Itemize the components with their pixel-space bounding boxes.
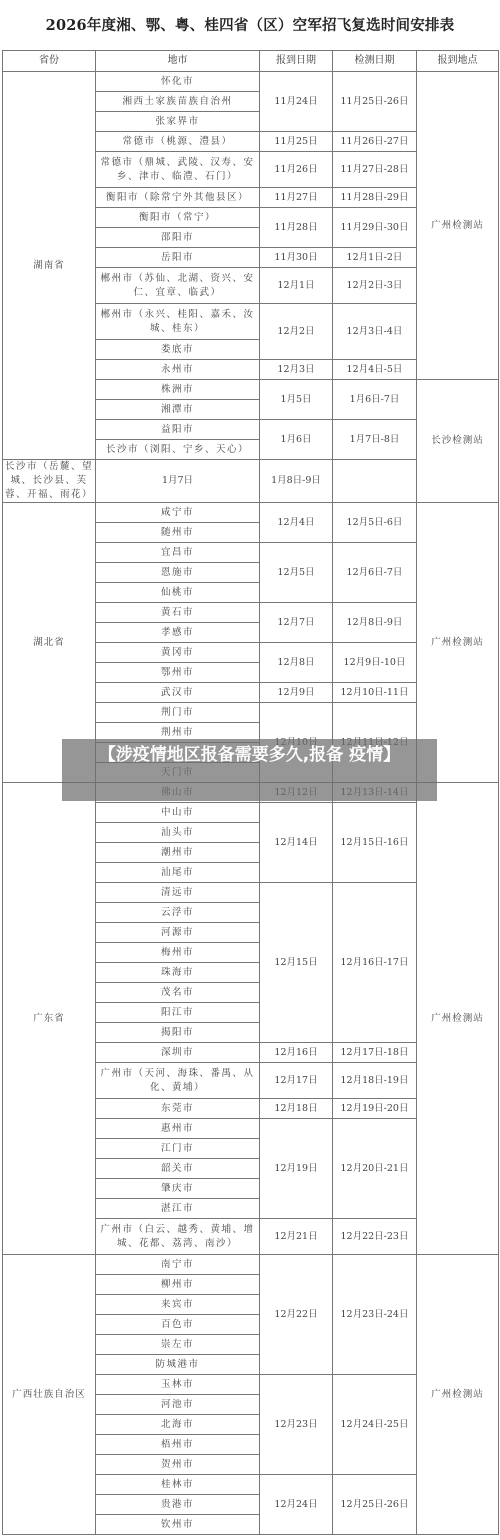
test-date-cell: 12月23日-24日 (333, 1255, 417, 1375)
city-cell: 江门市 (96, 1139, 260, 1159)
report-date-cell: 1月5日 (260, 380, 333, 420)
report-date-cell: 12月5日 (260, 543, 333, 603)
test-date-cell: 12月4日-5日 (333, 360, 417, 380)
test-date-cell: 11月27日-28日 (333, 152, 417, 188)
city-cell: 随州市 (96, 523, 260, 543)
city-cell: 来宾市 (96, 1295, 260, 1315)
test-date-cell: 12月24日-25日 (333, 1375, 417, 1475)
city-cell: 北海市 (96, 1415, 260, 1435)
report-date-cell: 12月23日 (260, 1375, 333, 1475)
test-date-cell: 12月5日-6日 (333, 503, 417, 543)
report-date-cell: 1月6日 (260, 420, 333, 460)
report-date-cell: 12月2日 (260, 304, 333, 360)
city-cell: 荆门市 (96, 703, 260, 723)
test-date-cell: 12月15日-16日 (333, 803, 417, 883)
test-date-cell: 11月29日-30日 (333, 208, 417, 248)
test-date-cell: 12月18日-19日 (333, 1063, 417, 1099)
city-cell: 湘西土家族苗族自治州 (96, 92, 260, 112)
city-cell: 潮州市 (96, 843, 260, 863)
report-date-cell: 12月1日 (260, 268, 333, 304)
test-date-cell: 12月17日-18日 (333, 1043, 417, 1063)
test-date-cell: 1月6日-7日 (333, 380, 417, 420)
city-cell: 揭阳市 (96, 1023, 260, 1043)
city-cell: 梅州市 (96, 943, 260, 963)
report-date-cell: 11月30日 (260, 248, 333, 268)
table-row: 广西壮族自治区 南宁市 12月22日 12月23日-24日 广州检测站 (3, 1255, 499, 1275)
report-date-cell: 12月4日 (260, 503, 333, 543)
header-province: 省份 (3, 51, 96, 72)
city-cell: 桂林市 (96, 1475, 260, 1495)
table-row: 湖北省 咸宁市 12月4日 12月5日-6日 广州检测站 (3, 503, 499, 523)
site-cell: 长沙检测站 (417, 380, 499, 503)
city-cell: 钦州市 (96, 1515, 260, 1535)
city-cell: 鄂州市 (96, 663, 260, 683)
header-report-site: 报到地点 (417, 51, 499, 72)
city-cell: 贺州市 (96, 1455, 260, 1475)
city-cell: 永州市 (96, 360, 260, 380)
city-cell: 株洲市 (96, 380, 260, 400)
city-cell: 崇左市 (96, 1335, 260, 1355)
test-date-cell: 12月3日-4日 (333, 304, 417, 360)
site-cell: 广州检测站 (417, 783, 499, 1255)
site-cell: 广州检测站 (417, 72, 499, 380)
province-cell: 广东省 (3, 783, 96, 1255)
city-cell: 东莞市 (96, 1099, 260, 1119)
report-date-cell: 11月27日 (260, 188, 333, 208)
city-cell: 河池市 (96, 1395, 260, 1415)
city-cell: 仙桃市 (96, 583, 260, 603)
test-date-cell: 12月6日-7日 (333, 543, 417, 603)
city-cell: 肇庆市 (96, 1179, 260, 1199)
city-cell: 韶关市 (96, 1159, 260, 1179)
report-date-cell: 12月24日 (260, 1475, 333, 1535)
city-cell: 湛江市 (96, 1199, 260, 1219)
city-cell: 郴州市（永兴、桂阳、嘉禾、汝城、桂东） (96, 304, 260, 340)
test-date-cell: 12月9日-10日 (333, 643, 417, 683)
header-city: 地市 (96, 51, 260, 72)
city-cell: 汕尾市 (96, 863, 260, 883)
report-date-cell: 12月8日 (260, 643, 333, 683)
site-cell: 广州检测站 (417, 1255, 499, 1535)
report-date-cell: 12月17日 (260, 1063, 333, 1099)
city-cell: 茂名市 (96, 983, 260, 1003)
report-date-cell: 12月3日 (260, 360, 333, 380)
header-report-date: 报到日期 (260, 51, 333, 72)
city-cell: 百色市 (96, 1315, 260, 1335)
city-cell: 益阳市 (96, 420, 260, 440)
city-cell: 咸宁市 (96, 503, 260, 523)
city-cell: 郴州市（苏仙、北湖、资兴、安仁、宜章、临武） (96, 268, 260, 304)
city-cell: 梧州市 (96, 1435, 260, 1455)
page-title: 2026年度湘、鄂、粤、桂四省（区）空军招飞复选时间安排表 (0, 14, 500, 35)
city-cell: 柳州市 (96, 1275, 260, 1295)
city-cell: 清远市 (96, 883, 260, 903)
city-cell: 阳江市 (96, 1003, 260, 1023)
test-date-cell: 12月8日-9日 (333, 603, 417, 643)
table-row: 湖南省 怀化市 11月24日 11月25日-26日 广州检测站 (3, 72, 499, 92)
city-cell: 湘潭市 (96, 400, 260, 420)
test-date-cell: 12月25日-26日 (333, 1475, 417, 1535)
city-cell: 河源市 (96, 923, 260, 943)
city-cell: 防城港市 (96, 1355, 260, 1375)
city-cell: 长沙市（浏阳、宁乡、天心） (96, 440, 260, 460)
province-cell: 湖南省 (3, 72, 96, 460)
city-cell: 玉林市 (96, 1375, 260, 1395)
report-date-cell: 11月28日 (260, 208, 333, 248)
caption-overlay: 【涉疫情地区报备需要多久,报备 疫情】 (62, 739, 437, 801)
header-test-date: 检测日期 (333, 51, 417, 72)
test-date-cell: 1月7日-8日 (333, 420, 417, 460)
city-cell: 衡阳市（常宁） (96, 208, 260, 228)
report-date-cell: 11月25日 (260, 132, 333, 152)
city-cell: 黄石市 (96, 603, 260, 623)
city-cell: 黄冈市 (96, 643, 260, 663)
report-date-cell: 1月7日 (96, 460, 260, 503)
city-cell: 惠州市 (96, 1119, 260, 1139)
report-date-cell: 12月21日 (260, 1219, 333, 1255)
test-date-cell: 11月28日-29日 (333, 188, 417, 208)
city-cell: 张家界市 (96, 112, 260, 132)
city-cell: 娄底市 (96, 340, 260, 360)
city-cell: 岳阳市 (96, 248, 260, 268)
city-cell: 长沙市（岳麓、望城、长沙县、芙蓉、开福、雨花） (3, 460, 96, 503)
test-date-cell: 12月16日-17日 (333, 883, 417, 1043)
test-date-cell: 11月26日-27日 (333, 132, 417, 152)
province-cell: 广西壮族自治区 (3, 1255, 96, 1535)
city-cell: 汕头市 (96, 823, 260, 843)
report-date-cell: 12月16日 (260, 1043, 333, 1063)
city-cell: 邵阳市 (96, 228, 260, 248)
city-cell: 恩施市 (96, 563, 260, 583)
city-cell: 南宁市 (96, 1255, 260, 1275)
report-date-cell: 12月7日 (260, 603, 333, 643)
test-date-cell: 12月20日-21日 (333, 1119, 417, 1219)
report-date-cell: 12月18日 (260, 1099, 333, 1119)
city-cell: 常德市（鼎城、武陵、汉寿、安乡、津市、临澧、石门） (96, 152, 260, 188)
report-date-cell: 12月14日 (260, 803, 333, 883)
city-cell: 深圳市 (96, 1043, 260, 1063)
report-date-cell: 12月22日 (260, 1255, 333, 1375)
city-cell: 怀化市 (96, 72, 260, 92)
city-cell: 宜昌市 (96, 543, 260, 563)
report-date-cell: 12月15日 (260, 883, 333, 1043)
header-row: 省份 地市 报到日期 检测日期 报到地点 (3, 51, 499, 72)
test-date-cell: 12月22日-23日 (333, 1219, 417, 1255)
city-cell: 常德市（桃源、澧县） (96, 132, 260, 152)
test-date-cell: 12月19日-20日 (333, 1099, 417, 1119)
city-cell: 孝感市 (96, 623, 260, 643)
test-date-cell: 12月2日-3日 (333, 268, 417, 304)
city-cell: 武汉市 (96, 683, 260, 703)
city-cell: 贵港市 (96, 1495, 260, 1515)
report-date-cell: 12月9日 (260, 683, 333, 703)
city-cell: 珠海市 (96, 963, 260, 983)
city-cell: 中山市 (96, 803, 260, 823)
test-date-cell: 11月25日-26日 (333, 72, 417, 132)
city-cell: 广州市（白云、越秀、黄埔、增城、花都、荔湾、南沙） (96, 1219, 260, 1255)
city-cell: 衡阳市（除常宁外其他县区） (96, 188, 260, 208)
report-date-cell: 12月19日 (260, 1119, 333, 1219)
city-cell: 云浮市 (96, 903, 260, 923)
report-date-cell: 11月26日 (260, 152, 333, 188)
city-cell: 广州市（天河、海珠、番禺、从化、黄埔） (96, 1063, 260, 1099)
test-date-cell: 1月8日-9日 (260, 460, 333, 503)
report-date-cell: 11月24日 (260, 72, 333, 132)
test-date-cell: 12月10日-11日 (333, 683, 417, 703)
test-date-cell: 12月1日-2日 (333, 248, 417, 268)
